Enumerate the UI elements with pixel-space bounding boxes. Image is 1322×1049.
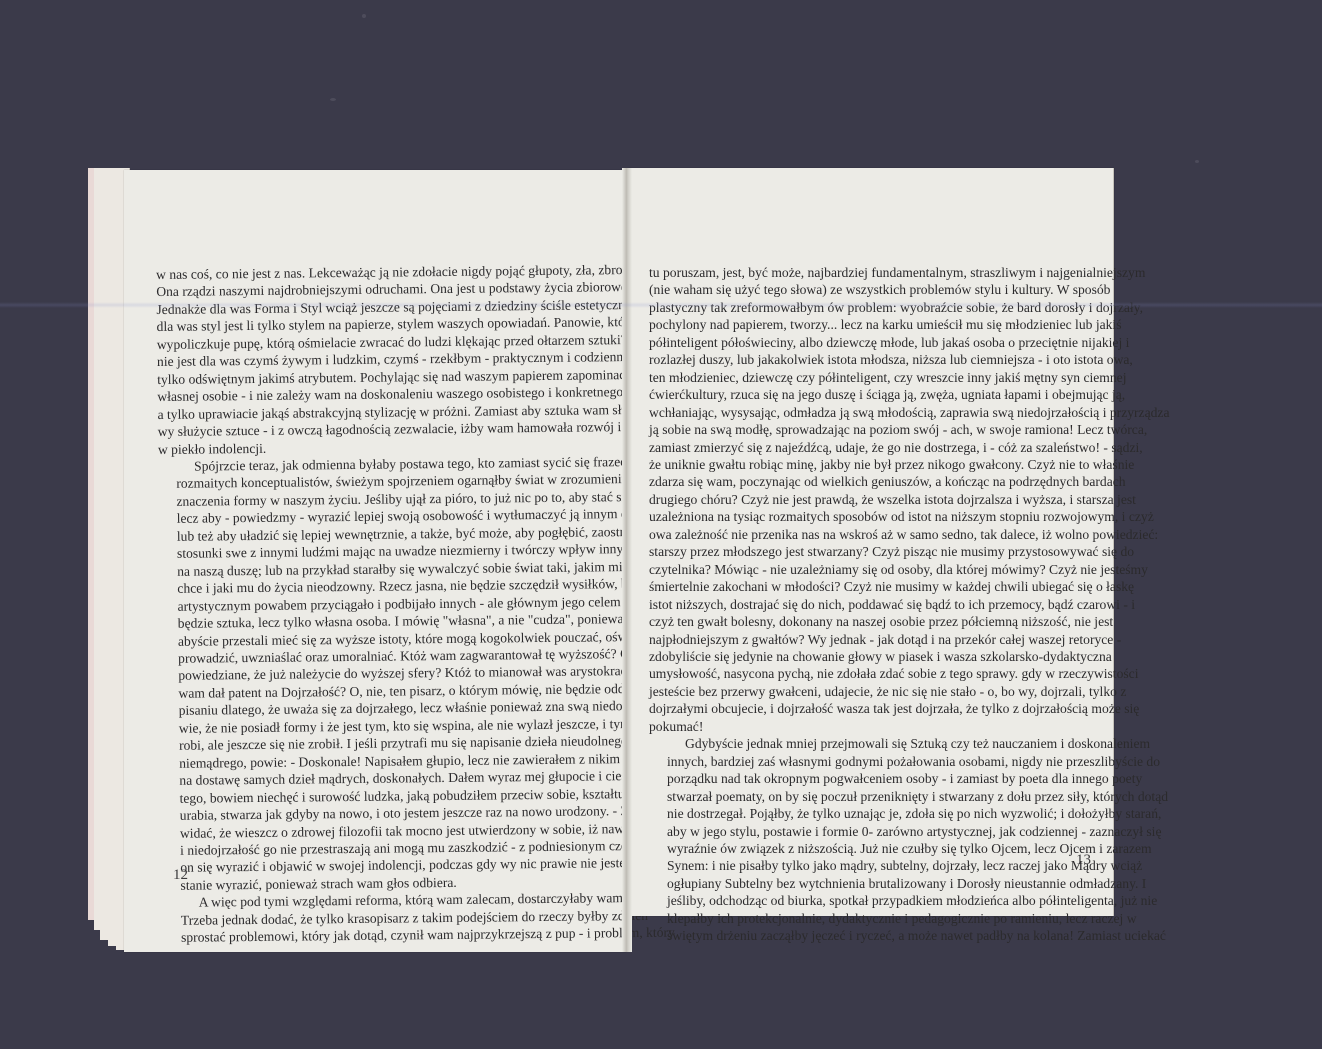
page-edge-tint xyxy=(88,168,94,920)
text-line: wchłaniając, wysysając, odmładza ją swą … xyxy=(649,404,1093,421)
text-line: ćwierćkultury, rzuca się na jego duszę i… xyxy=(649,386,1093,403)
scan-speck xyxy=(362,14,366,18)
text-line: czytelnika? Mówiąc - nie uzależniamy się… xyxy=(649,561,1093,578)
left-page-text: w nas coś, co nie jest z nas. Lekceważąc… xyxy=(156,261,623,946)
text-line: Gdybyście jednak mniej przejmowali się S… xyxy=(649,735,1093,752)
text-line: ogłupiany Subtelny bez wytchnienia bruta… xyxy=(649,875,1093,892)
text-line: że uniknie gwałtu robiąc minę, jakby nie… xyxy=(649,456,1093,473)
paragraph: tu poruszam, jest, być może, najbardziej… xyxy=(649,264,1093,735)
text-line: wyraźnie ów związek z niższością. Już ni… xyxy=(649,840,1093,857)
text-line: aby w jego stylu, postawie i formie 0- z… xyxy=(649,823,1093,840)
book-gutter xyxy=(622,168,632,952)
text-line: pokumać! xyxy=(649,718,1093,735)
right-page: tu poruszam, jest, być może, najbardziej… xyxy=(628,168,1114,916)
text-line: ten młodzieniec, dziewczę czy półintelig… xyxy=(649,369,1093,386)
text-line: Synem: i nie pisałby tylko jako mądry, s… xyxy=(649,857,1093,874)
text-line: jesteście bez przerwy gwałceni, udajecie… xyxy=(649,683,1093,700)
paragraph: A więc pod tymi względami reforma, którą… xyxy=(163,889,624,946)
text-line: istot niższych, dostrajać się do nich, p… xyxy=(649,596,1093,613)
text-line: świętym drżeniu zacząłby jęczeć i ryczeć… xyxy=(649,927,1093,944)
text-line: zamiast zmierzyć się z najeźdźcą, udaje,… xyxy=(649,439,1093,456)
text-line: porządku nad tak okropnym pogwałceniem o… xyxy=(649,770,1093,787)
text-line: czyż ten gwałt bolesny, dokonany na nasz… xyxy=(649,613,1093,630)
text-line: ją sobie na swą modłę, sprowadzając na p… xyxy=(649,421,1093,438)
paragraph: Spójrzcie teraz, jak odmienna byłaby pos… xyxy=(158,453,623,894)
right-page-text: tu poruszam, jest, być może, najbardziej… xyxy=(649,264,1093,945)
text-line: jeśliby, odchodząc od biurka, spotkał pr… xyxy=(649,892,1093,909)
text-line: rozlazłej duszy, lub jakakolwiek istota … xyxy=(649,351,1093,368)
scan-speck xyxy=(330,98,336,101)
text-line: klepałby ich protekcjonalnie, dydaktyczn… xyxy=(649,910,1093,927)
text-line: sprostać problemowi, który jak dotąd, cz… xyxy=(163,924,623,946)
scan-speck xyxy=(1195,160,1199,163)
text-line: drugiego chóru? Czyż nie jest prawdą, że… xyxy=(649,491,1093,508)
text-line: umysłowość, nasycona pychą, nie zdołała … xyxy=(649,665,1093,682)
text-line: dojrzałymi obcujecie, i dojrzałość wasza… xyxy=(649,700,1093,717)
text-line: stwarzał poematy, on by się poczuł przen… xyxy=(649,788,1093,805)
book-spread: w nas coś, co nie jest z nas. Lekceważąc… xyxy=(0,0,1322,1049)
text-line: zdobyliście się jedynie na chowanie głow… xyxy=(649,648,1093,665)
text-line: nie dostrzegał. Pojąłby, że tylko uznają… xyxy=(649,805,1093,822)
left-page: w nas coś, co nie jest z nas. Lekceważąc… xyxy=(124,170,626,952)
text-line: pochylony nad papierem, tworzy... lecz n… xyxy=(649,316,1093,333)
paragraph: w nas coś, co nie jest z nas. Lekceważąc… xyxy=(156,261,618,458)
text-line: starszy przez młodszego jest stwarzany? … xyxy=(649,543,1093,560)
page-number-right: 13 xyxy=(1076,852,1091,869)
text-line: innych, bardziej zaś własnymi godnymi po… xyxy=(649,753,1093,770)
text-line: uzależniona na tysiąc rozmaitych sposobó… xyxy=(649,508,1093,525)
page-number-left: 12 xyxy=(173,867,188,884)
text-line: (nie waham się użyć tego słowa) ze wszys… xyxy=(649,281,1093,298)
text-line: najpłodniejszym z gwałtów? Wy jednak - j… xyxy=(649,631,1093,648)
paragraph: Gdybyście jednak mniej przejmowali się S… xyxy=(649,735,1093,944)
text-line: tu poruszam, jest, być może, najbardziej… xyxy=(649,264,1093,281)
text-line: plastyczny tak zreformowałbym ów problem… xyxy=(649,299,1093,316)
text-line: owa zależność nie przenika nas na wskroś… xyxy=(649,526,1093,543)
text-line: półinteligent półoświeciny, albo dziewcz… xyxy=(649,334,1093,351)
text-line: zdarza się wam, poczynając od wielkich g… xyxy=(649,473,1093,490)
text-line: śmiertelnie zakochani w młodości? Czyż n… xyxy=(649,578,1093,595)
